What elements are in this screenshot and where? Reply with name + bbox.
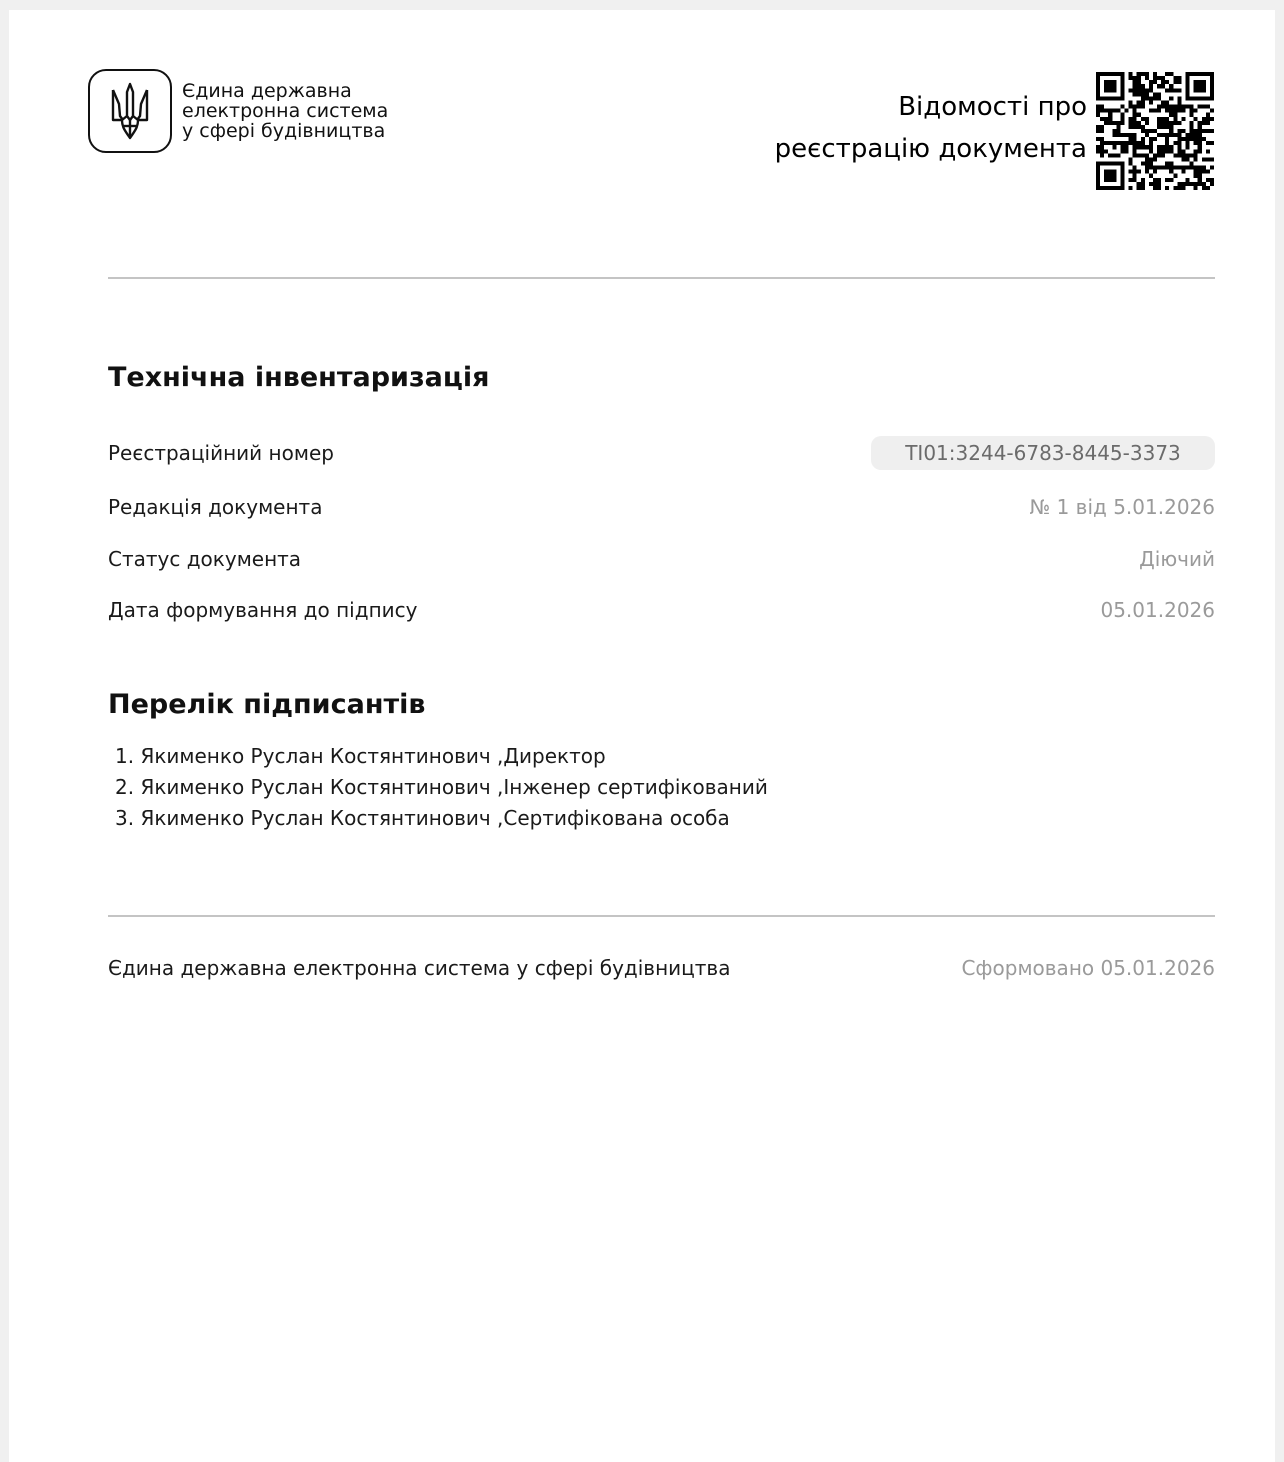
org-name-line: електронна система	[182, 101, 388, 121]
org-name-line: у сфері будівництва	[182, 121, 388, 141]
footer-org-name: Єдина державна електронна система у сфер…	[108, 956, 730, 980]
footer: Єдина державна електронна система у сфер…	[108, 956, 1215, 980]
logo-block: Єдина державна електронна система у сфер…	[88, 69, 388, 153]
registration-number-badge[interactable]: ТІ01:3244-6783-8445-3373	[871, 436, 1215, 470]
signers-title: Перелік підписантів	[108, 689, 425, 720]
document-type-title: Технічна інвентаризація	[108, 362, 489, 393]
field-label: Редакція документа	[108, 495, 322, 519]
field-label: Дата формування до підпису	[108, 598, 417, 622]
list-item: 1. Якименко Руслан Костянтинович ,Директ…	[115, 741, 768, 772]
footer-generated-date: Сформовано 05.01.2026	[961, 956, 1215, 980]
signers-list: 1. Якименко Руслан Костянтинович ,Директ…	[115, 741, 768, 834]
field-value: 05.01.2026	[1100, 598, 1215, 622]
org-name: Єдина державна електронна система у сфер…	[182, 81, 388, 141]
list-item: 3. Якименко Руслан Костянтинович ,Сертиф…	[115, 803, 768, 834]
field-label: Статус документа	[108, 547, 301, 571]
field-row-status: Статус документа Діючий	[108, 545, 1215, 573]
footer-divider	[108, 915, 1215, 917]
list-item: 2. Якименко Руслан Костянтинович ,Інжене…	[115, 772, 768, 803]
org-name-line: Єдина державна	[182, 81, 388, 101]
qr-code-icon	[1096, 72, 1214, 190]
field-row-signing-date: Дата формування до підпису 05.01.2026	[108, 596, 1215, 624]
field-label: Реєстраційний номер	[108, 441, 334, 465]
document-heading-line: Відомості про	[775, 86, 1087, 128]
field-value: № 1 від 5.01.2026	[1029, 495, 1215, 519]
field-row-edition: Редакція документа № 1 від 5.01.2026	[108, 493, 1215, 521]
document-heading-line: реєстрацію документа	[775, 128, 1087, 170]
trident-icon	[88, 69, 172, 153]
field-row-registration-number: Реєстраційний номер ТІ01:3244-6783-8445-…	[108, 436, 1215, 470]
document-page: Єдина державна електронна система у сфер…	[9, 10, 1275, 1462]
header-divider	[108, 277, 1215, 279]
document-heading: Відомості про реєстрацію документа	[775, 86, 1087, 170]
status-value: Діючий	[1139, 547, 1215, 571]
